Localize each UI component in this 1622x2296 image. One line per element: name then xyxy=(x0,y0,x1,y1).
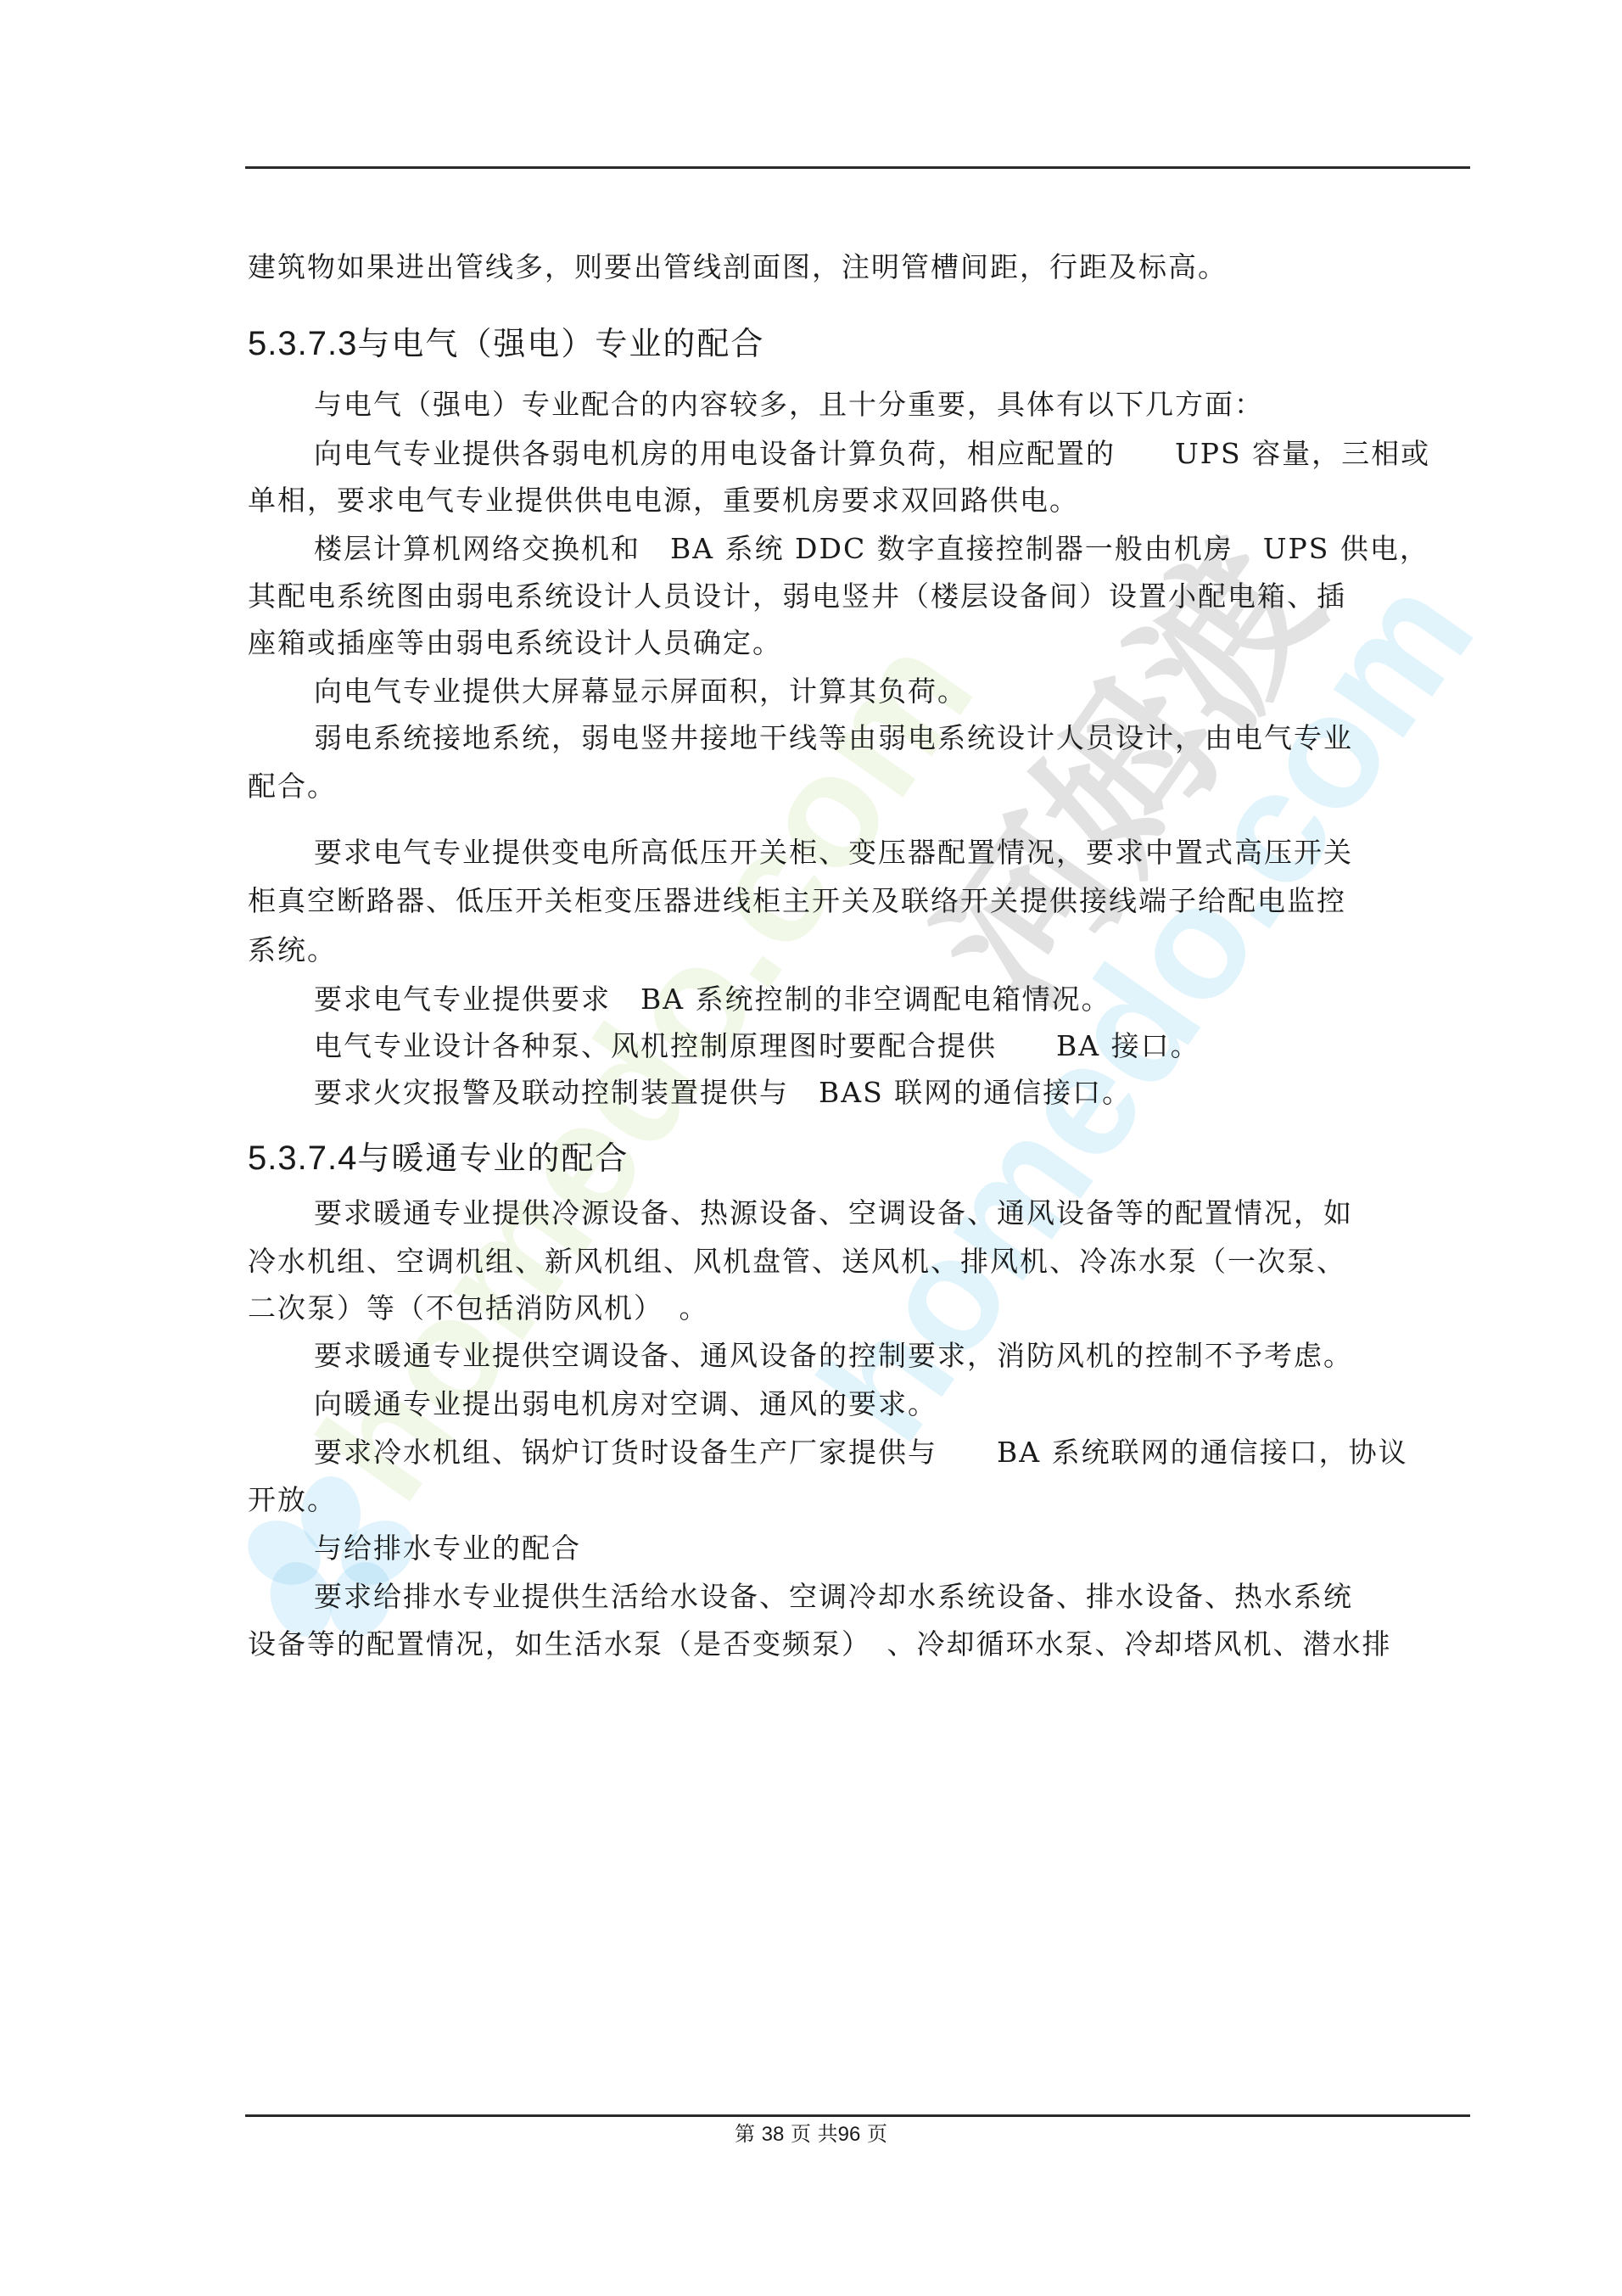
paragraph-line: 配合。 xyxy=(248,770,337,804)
paragraph-line: 要求暖通专业提供冷源设备、热源设备、空调设备、通风设备等的配置情况，如 xyxy=(314,1196,1353,1230)
paragraph-line: 柜真空断路器、低压开关柜变压器进线柜主开关及联络开关提供接线端子给配电监控 xyxy=(248,884,1346,918)
paragraph-line: 楼层计算机网络交换机和 BA 系统 DDC 数字直接控制器一般由机房 UPS 供… xyxy=(314,532,1429,566)
paragraph-line: 弱电系统接地系统，弱电竖井接地干线等由弱电系统设计人员设计，由电气专业 xyxy=(314,721,1353,755)
paragraph-line: 系统。 xyxy=(248,933,337,967)
paragraph-line: 向暖通专业提出弱电机房对空调、通风的要求。 xyxy=(314,1387,937,1421)
total-pages: 96 xyxy=(838,2123,861,2146)
paragraph-line: 开放。 xyxy=(248,1483,337,1517)
paragraph-line: 要求冷水机组、锅炉订货时设备生产厂家提供与 BA 系统联网的通信接口，协议 xyxy=(314,1436,1408,1470)
footer-rule xyxy=(245,2114,1470,2117)
paragraph-line: 设备等的配置情况，如生活水泵（是否变频泵） 、冷却循环水泵、冷却塔风机、潜水排 xyxy=(248,1627,1392,1661)
paragraph-line: 与电气（强电）专业配合的内容较多，且十分重要，具体有以下几方面： xyxy=(314,388,1264,422)
section-title: 与暖通专业的配合 xyxy=(357,1140,629,1177)
paragraph-line: 要求给排水专业提供生活给水设备、空调冷却水系统设备、排水设备、热水系统 xyxy=(314,1580,1353,1614)
footer-suffix: 页 xyxy=(867,2122,887,2146)
section-heading-5-3-7-3: 5.3.7.3与电气（强电）专业的配合 xyxy=(248,324,764,363)
document-page: 河姆渡 homedo.com homedo.com 建筑物如果进出管线多，则要出… xyxy=(0,0,1622,2296)
paragraph-line: 建筑物如果进出管线多，则要出管线剖面图，注明管槽间距，行距及标高。 xyxy=(248,250,1228,284)
footer-middle: 页 共 xyxy=(791,2122,838,2146)
section-heading-5-3-7-4: 5.3.7.4与暖通专业的配合 xyxy=(248,1139,629,1178)
paragraph-line: 冷水机组、空调机组、新风机组、风机盘管、送风机、排风机、冷冻水泵（一次泵、 xyxy=(248,1245,1346,1279)
paragraph-line: 座箱或插座等由弱电系统设计人员确定。 xyxy=(248,626,782,660)
paragraph-line: 其配电系统图由弱电系统设计人员设计，弱电竖井（楼层设备间）设置小配电箱、插 xyxy=(248,580,1346,613)
paragraph-line: 电气专业设计各种泵、风机控制原理图时要配合提供 BA 接口。 xyxy=(314,1029,1200,1063)
section-title: 与电气（强电）专业的配合 xyxy=(357,325,764,362)
subsection-label: 与给排水专业的配合 xyxy=(314,1532,581,1565)
current-page-number: 38 xyxy=(762,2123,785,2146)
paragraph-line: 单相，要求电气专业提供供电电源，重要机房要求双回路供电。 xyxy=(248,484,1079,518)
page-footer: 第 38 页 共96 页 xyxy=(0,2121,1622,2148)
section-number: 5.3.7.4 xyxy=(248,1140,357,1177)
paragraph-line: 要求暖通专业提供空调设备、通风设备的控制要求，消防风机的控制不予考虑。 xyxy=(314,1339,1353,1373)
section-number: 5.3.7.3 xyxy=(248,325,357,362)
paragraph-line: 向电气专业提供各弱电机房的用电设备计算负荷，相应配置的 UPS 容量，三相或 xyxy=(314,437,1430,471)
header-rule xyxy=(245,166,1470,169)
paragraph-line: 向电气专业提供大屏幕显示屏面积，计算其负荷。 xyxy=(314,675,967,708)
footer-prefix: 第 xyxy=(735,2122,755,2146)
paragraph-line: 二次泵）等（不包括消防风机） 。 xyxy=(248,1291,709,1325)
paragraph-line: 要求火灾报警及联动控制装置提供与 BAS 联网的通信接口。 xyxy=(314,1076,1132,1110)
paragraph-line: 要求电气专业提供要求 BA 系统控制的非空调配电箱情况。 xyxy=(314,983,1111,1016)
paragraph-line: 要求电气专业提供变电所高低压开关柜、变压器配置情况，要求中置式高压开关 xyxy=(314,836,1353,870)
